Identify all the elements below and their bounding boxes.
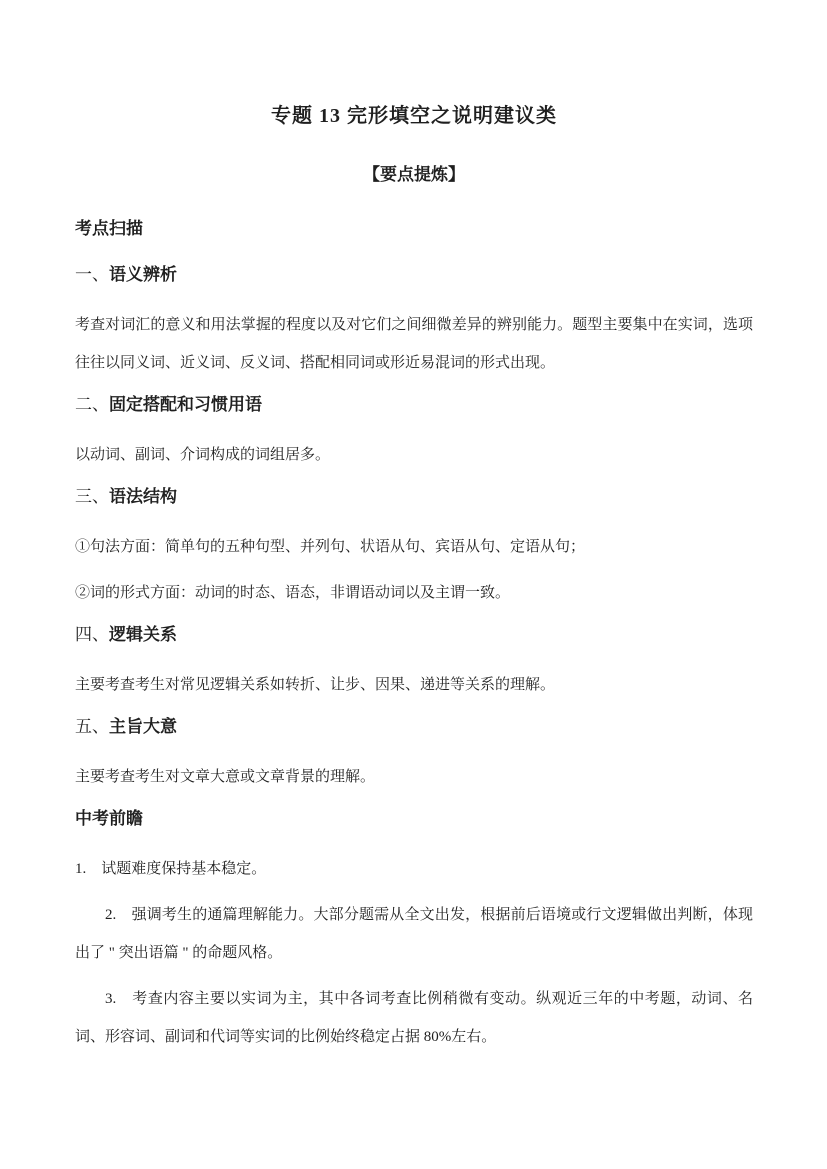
doc-subtitle: 【要点提炼】 [75, 160, 753, 190]
section-name: 语法结构 [109, 487, 177, 506]
section-number: 四、 [75, 625, 109, 644]
section-heading-semantics: 一、语义辨析 [75, 260, 753, 290]
section-name: 逻辑关系 [109, 625, 177, 644]
paragraph-semantics: 考查对词汇的意义和用法掌握的程度以及对它们之间细微差异的辨别能力。题型主要集中在… [75, 306, 753, 382]
section-heading-grammar: 三、语法结构 [75, 482, 753, 512]
outlook-item-3: 3. 考查内容主要以实词为主，其中各词考查比例稍微有变动。纵观近三年的中考题，动… [75, 980, 753, 1056]
section-heading-main-idea: 五、主旨大意 [75, 712, 753, 742]
section-number: 三、 [75, 487, 109, 506]
paragraph-logic: 主要考查考生对常见逻辑关系如转折、让步、因果、递进等关系的理解。 [75, 666, 753, 704]
document-page: 专题 13 完形填空之说明建议类 【要点提炼】 考点扫描 一、语义辨析 考查对词… [0, 0, 827, 1169]
outlook-item-1: 1. 试题难度保持基本稳定。 [75, 850, 753, 888]
heading-exam-scan: 考点扫描 [75, 214, 753, 244]
section-heading-logic: 四、逻辑关系 [75, 620, 753, 650]
section-number: 五、 [75, 717, 109, 736]
section-number: 二、 [75, 395, 109, 414]
paragraph-main-idea: 主要考查考生对文章大意或文章背景的理解。 [75, 758, 753, 796]
doc-title: 专题 13 完形填空之说明建议类 [75, 96, 753, 136]
outlook-item-2: 2. 强调考生的通篇理解能力。大部分题需从全文出发，根据前后语境或行文逻辑做出判… [75, 896, 753, 972]
section-name: 主旨大意 [109, 717, 177, 736]
section-name: 固定搭配和习惯用语 [109, 395, 262, 414]
section-name: 语义辨析 [109, 265, 177, 284]
section-number: 一、 [75, 265, 109, 284]
section-heading-collocations: 二、固定搭配和习惯用语 [75, 390, 753, 420]
heading-exam-outlook: 中考前瞻 [75, 804, 753, 834]
paragraph-grammar-syntax: ①句法方面：简单句的五种句型、并列句、状语从句、宾语从句、定语从句； [75, 528, 753, 566]
paragraph-grammar-word-form: ②词的形式方面：动词的时态、语态，非谓语动词以及主谓一致。 [75, 574, 753, 612]
paragraph-collocations: 以动词、副词、介词构成的词组居多。 [75, 436, 753, 474]
